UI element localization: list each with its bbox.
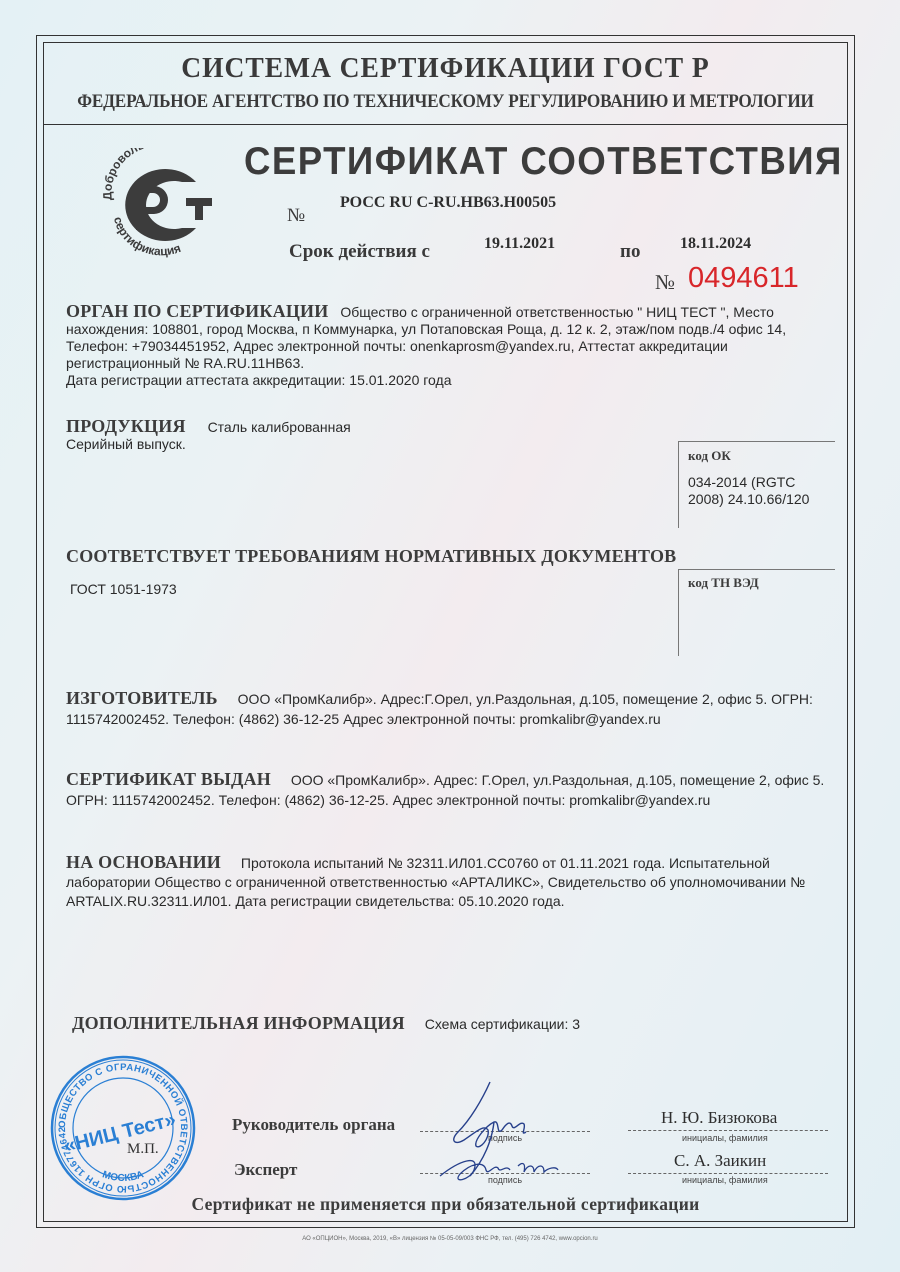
head-name-line xyxy=(628,1130,828,1131)
certification-body-section: ОРГАН ПО СЕРТИФИКАЦИИ Общество с огранич… xyxy=(66,303,826,389)
additional-info-heading: ДОПОЛНИТЕЛЬНАЯ ИНФОРМАЦИЯ xyxy=(72,1013,405,1033)
head-of-body-label: Руководитель органа xyxy=(232,1115,395,1135)
issued-to-heading: СЕРТИФИКАТ ВЫДАН xyxy=(66,769,271,789)
additional-info-text: Схема сертификации: 3 xyxy=(425,1016,580,1032)
blank-serial-number: 0494611 xyxy=(688,262,799,295)
validity-label: Срок действия с xyxy=(289,241,430,263)
seal-place-label: М.П. xyxy=(127,1141,159,1158)
organization-seal-stamp-icon: ОБЩЕСТВО С ОГРАНИЧЕННОЙ ОТВЕТСТВЕННОСТЬЮ… xyxy=(48,1053,198,1203)
tnved-code-label: код ТН ВЭД xyxy=(688,575,835,591)
head-name-caption: инициалы, фамилия xyxy=(682,1133,768,1143)
accreditation-date: Дата регистрации аттестата аккредитации:… xyxy=(66,372,451,388)
expert-name-line xyxy=(628,1173,828,1174)
stamp-city: МОСКВА xyxy=(101,1169,145,1184)
footer-note: Сертификат не применяется при обязательн… xyxy=(43,1194,848,1215)
manufacturer-section: ИЗГОТОВИТЕЛЬ ООО «ПромКалибр». Адрес:Г.О… xyxy=(66,688,836,729)
product-heading: ПРОДУКЦИЯ xyxy=(66,416,186,436)
ok-code-label: код ОК xyxy=(688,448,835,464)
rst-voluntary-certification-logo-icon: Добровольная сертификация xyxy=(100,148,220,258)
certificate-number: РОСС RU C-RU.НВ63.Н00505 xyxy=(340,194,556,212)
expert-name-caption: инициалы, фамилия xyxy=(682,1175,768,1185)
number-sign: № xyxy=(287,205,305,227)
system-title: СИСТЕМА СЕРТИФИКАЦИИ ГОСТ Р xyxy=(63,52,828,85)
stamp-center-text: «НИЦ Тест» xyxy=(62,1109,178,1158)
expert-name: С. А. Заикин xyxy=(674,1151,766,1171)
basis-heading: НА ОСНОВАНИИ xyxy=(66,852,221,872)
blank-number-sign: № xyxy=(655,270,675,295)
valid-to-label: по xyxy=(620,241,640,263)
issued-to-section: СЕРТИФИКАТ ВЫДАН ООО «ПромКалибр». Адрес… xyxy=(66,769,836,810)
handwritten-signature-icon xyxy=(430,1080,580,1190)
header-divider xyxy=(43,124,848,125)
valid-from-date: 19.11.2021 xyxy=(484,235,555,253)
valid-to-date: 18.11.2024 xyxy=(680,235,751,253)
tnved-code-box: код ТН ВЭД xyxy=(678,569,835,656)
basis-section: НА ОСНОВАНИИ Протокола испытаний № 32311… xyxy=(66,853,836,911)
certificate-title: СЕРТИФИКАТ СООТВЕТСТВИЯ xyxy=(244,140,843,184)
printer-imprint: АО «ОПЦИОН», Москва, 2019, «В» лицензия … xyxy=(0,1236,900,1242)
ok-code-value: 034-2014 (RGTC 2008) 24.10.66/120 xyxy=(688,474,828,508)
product-name: Сталь калиброванная xyxy=(208,419,351,435)
ok-code-box: код ОК 034-2014 (RGTC 2008) 24.10.66/120 xyxy=(678,441,835,528)
standard-document: ГОСТ 1051-1973 xyxy=(70,581,177,598)
conformity-heading: СООТВЕТСТВУЕТ ТРЕБОВАНИЯМ НОРМАТИВНЫХ ДО… xyxy=(66,546,676,567)
manufacturer-heading: ИЗГОТОВИТЕЛЬ xyxy=(66,688,218,708)
svg-text:МОСКВА: МОСКВА xyxy=(101,1169,145,1184)
expert-label: Эксперт xyxy=(234,1160,297,1180)
additional-info-section: ДОПОЛНИТЕЛЬНАЯ ИНФОРМАЦИЯ Схема сертифик… xyxy=(72,1015,580,1033)
head-of-body-name: Н. Ю. Бизюкова xyxy=(661,1108,777,1128)
agency-title: ФЕДЕРАЛЬНОЕ АГЕНТСТВО ПО ТЕХНИЧЕСКОМУ РЕ… xyxy=(71,92,820,113)
certification-body-heading: ОРГАН ПО СЕРТИФИКАЦИИ xyxy=(66,301,328,321)
product-release: Серийный выпуск. xyxy=(66,436,186,452)
